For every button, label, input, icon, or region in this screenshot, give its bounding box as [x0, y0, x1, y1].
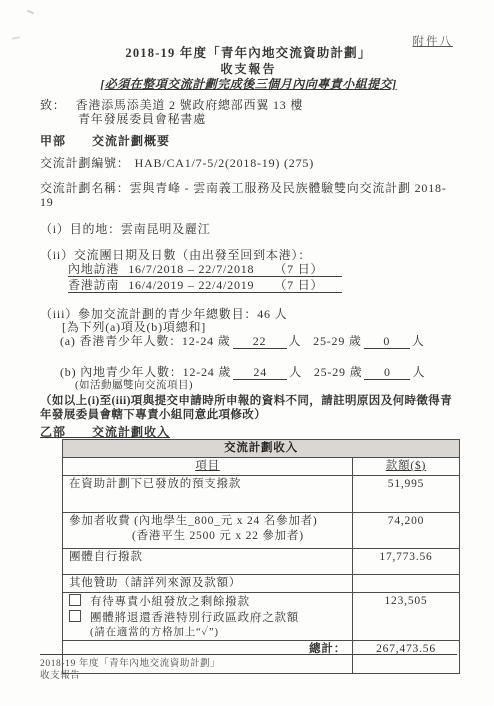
- option-refund-government-label: 團體將退還香港特別行政區政府之款額: [90, 612, 299, 624]
- trip-dates: 16/4/2019 – 22/4/2019: [128, 278, 254, 292]
- total-participants-unit: 人: [275, 307, 288, 321]
- row-participant-fees: 參加者收費 (內地學生_800_元 x 24 名參加者) (香港平生 2500 …: [63, 513, 460, 549]
- mainland-youth-count-row: (b) 內地青少年人數：12-24 歲24人 25-29 歲0人: [60, 365, 457, 380]
- trip-dates-heading: （ii）交流團日期及日數（由出發至回到本港）：: [40, 248, 457, 262]
- submission-deadline-notice: [必須在整項交流計劃完成後三個月內向專責小組提交]: [40, 77, 457, 92]
- option-refund-government: 團體將退還香港特別行政區政府之款額: [69, 610, 346, 626]
- column-header-amount: 款額($): [386, 460, 426, 472]
- unit: 人: [289, 334, 302, 348]
- income-table-title: 交流計劃收入: [63, 440, 460, 458]
- trip-row-hk-visit-south: 香港訪南 16/4/2019 – 22/4/2019 （7 日）: [68, 278, 342, 293]
- total-participants-line: （iii）參加交流計劃的青少年總數目：46 人: [40, 307, 457, 321]
- age-band-25-29-label: 25-29 歲: [313, 334, 362, 348]
- row-self-funding: 團體自行撥款 17,773.56: [63, 549, 460, 575]
- addressee-block: 致：香港添馬添美道 2 號政府總部西翼 13 樓 青年發展委員會秘書處: [40, 98, 457, 126]
- expenditure-report-page: 附件八 2018-19 年度「青年內地交流資助計劃」 收支報告 [必須在整項交流…: [0, 0, 494, 706]
- scheme-number-value: HAB/CA1/7-5/2(2018-19) (275): [135, 156, 314, 170]
- row-self-funding-amount: 17,773.56: [353, 549, 460, 575]
- option-remaining-grant-label: 有待專責小組發放之剩餘撥款: [90, 596, 250, 608]
- scheme-number-label: 交流計劃編號：: [40, 156, 130, 170]
- destination-line: （i）目的地：雲南昆明及麗江: [40, 222, 457, 236]
- income-table-title-row: 交流計劃收入: [63, 440, 460, 458]
- trip-days: （7 日）: [274, 278, 323, 292]
- section-b-heading: 乙部 交流計劃收入: [40, 425, 457, 439]
- attachment-number: 附件八: [413, 33, 454, 49]
- total-participants-label: （iii）參加交流計劃的青少年總數目：: [40, 307, 257, 321]
- row-balance-options: 有待專責小組發放之剩餘撥款 團體將退還香港特別行政區政府之款額 (請在適當的方格…: [63, 593, 460, 641]
- report-title: 2018-19 年度「青年內地交流資助計劃」: [40, 46, 457, 60]
- bidirectional-exchange-note: (如活動屬雙向交流項目): [75, 380, 457, 392]
- scheme-number-line: 交流計劃編號：HAB/CA1/7-5/2(2018-19) (275): [40, 156, 457, 170]
- checkbox-instruction: (請在適當的方格加上“✓”): [90, 626, 346, 639]
- mainland-youth-25-29-count: 0: [364, 366, 410, 380]
- trip-label: 香港訪南: [68, 278, 119, 292]
- row-balance-options-amount: 123,505: [353, 593, 460, 641]
- column-header-item: 項目: [195, 460, 220, 472]
- income-table-header-row: 項目 款額($): [63, 458, 460, 476]
- footer-report-name: 收支報告: [40, 670, 457, 682]
- unit: 人: [412, 334, 425, 348]
- hk-youth-count-label: (a) 香港青少年人數：12-24 歲: [60, 334, 231, 348]
- row-advance-grant: 在資助計劃下已發放的預支撥款 51,995: [63, 476, 460, 513]
- total-participants-value: 46: [257, 307, 271, 321]
- row-advance-grant-amount: 51,995: [353, 476, 460, 513]
- income-table: 交流計劃收入 項目 款額($) 在資助計劃下已發放的預支撥款 51,995 參加…: [62, 439, 460, 674]
- report-subtitle: 收支報告: [40, 62, 457, 76]
- option-remaining-grant: 有待專責小組發放之剩餘撥款: [69, 594, 346, 610]
- column-header-amount-cell: 款額($): [353, 458, 460, 476]
- checkbox-remaining-grant[interactable]: [69, 594, 81, 606]
- age-band-25-29-label: 25-29 歲: [314, 365, 363, 379]
- page-footer: 2018-19 年度「青年內地交流資助計劃」 收支報告: [40, 654, 457, 682]
- addressee-address-line2: 青年發展委員會秘書處: [78, 112, 457, 126]
- addressee-address-line1: 香港添馬添美道 2 號政府總部西翼 13 樓: [76, 98, 304, 112]
- trip-dates: 16/7/2018 – 22/7/2018: [128, 262, 254, 276]
- mainland-youth-count-label: (b) 內地青少年人數：12-24 歲: [60, 365, 231, 379]
- amendment-approval-note: （如以上(i)至(iii)項與提交申請時所申報的資料不同，請註明原因及何時徵得青…: [40, 395, 457, 422]
- hk-youth-12-24-count: 22: [233, 335, 287, 349]
- trip-row-mainland-visit-hk: 內地訪港 16/7/2018 – 22/7/2018 （7 日）: [68, 262, 342, 277]
- unit: 人: [412, 365, 425, 379]
- scheme-name-line: 交流計劃名稱：雲與青峰 - 雲南義工服務及民族體驗雙向交流計劃 2018-19: [40, 181, 457, 209]
- row-participant-fees-item: 參加者收費 (內地學生_800_元 x 24 名參加者) (香港平生 2500 …: [63, 513, 353, 549]
- checkbox-refund-government[interactable]: [69, 610, 81, 622]
- row-self-funding-item: 團體自行撥款: [63, 549, 353, 575]
- participant-fees-line2: (香港平生 2500 元 x 22 參加者): [132, 529, 346, 544]
- row-other-sponsorship-amount: [353, 575, 460, 593]
- hk-youth-count-row: (a) 香港青少年人數：12-24 歲22人 25-29 歲0人: [60, 334, 457, 349]
- trip-label: 內地訪港: [68, 262, 119, 276]
- row-advance-grant-item: 在資助計劃下已發放的預支撥款: [63, 476, 353, 513]
- unit: 人: [289, 365, 302, 379]
- participant-fees-line1: 參加者收費 (內地學生_800_元 x 24 名參加者): [69, 514, 346, 529]
- mainland-youth-12-24-count: 24: [233, 366, 287, 380]
- scheme-name-label: 交流計劃名稱：: [40, 181, 130, 195]
- row-balance-options-item: 有待專責小組發放之剩餘撥款 團體將退還香港特別行政區政府之款額 (請在適當的方格…: [63, 593, 353, 641]
- hk-youth-25-29-count: 0: [364, 335, 410, 349]
- total-participants-note: [為下列(a)項及(b)項總和]: [62, 321, 457, 334]
- column-header-item-cell: 項目: [63, 458, 353, 476]
- section-a-heading: 甲部 交流計劃概要: [40, 134, 457, 148]
- row-other-sponsorship-item: 其他贊助（請詳列來源及款額）: [63, 575, 353, 593]
- trip-days: （7 日）: [274, 262, 323, 276]
- row-participant-fees-amount: 74,200: [353, 513, 460, 549]
- addressee-label: 致：: [40, 98, 66, 112]
- row-other-sponsorship: 其他贊助（請詳列來源及款額）: [63, 575, 460, 593]
- footer-scheme-name: 2018-19 年度「青年內地交流資助計劃」: [40, 658, 457, 670]
